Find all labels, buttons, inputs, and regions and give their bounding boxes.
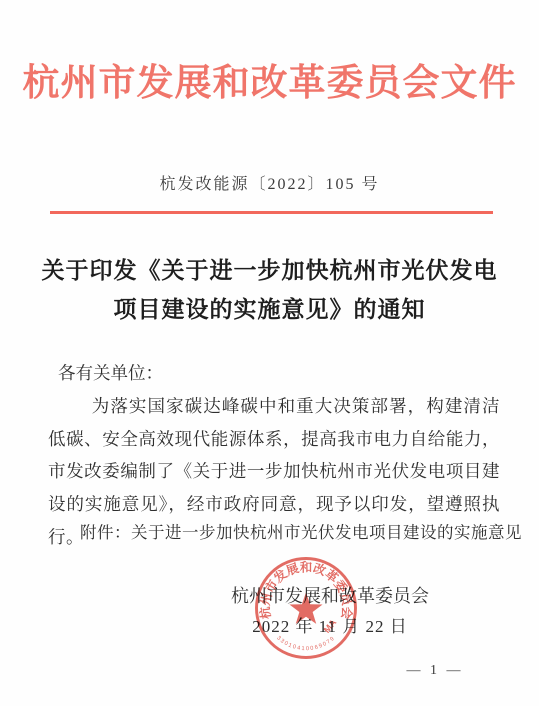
salutation: 各有关单位： [58,357,500,390]
scanned-document-page: 杭州市发展和改革委员会文件 杭发改能源〔2022〕105 号 关于印发《关于进一… [0,0,539,706]
red-header-title: 杭州市发展和改革委员会文件 [0,52,539,106]
document-number: 杭发改能源〔2022〕105 号 [0,171,539,194]
attachment-line: 附件：关于进一步加快杭州市光伏发电项目建设的实施意见 [80,519,522,543]
document-title-line1: 关于印发《关于进一步加快杭州市光伏发电 [15,251,524,290]
seal-star-icon [289,592,322,624]
document-title: 关于印发《关于进一步加快杭州市光伏发电 项目建设的实施意见》的通知 [15,251,524,329]
seal-ma-mark: MA [322,617,339,635]
seal-code: 33010410069079 [275,635,336,652]
svg-text:33010410069079: 33010410069079 [275,635,336,652]
page-number: — 1 — [385,663,485,679]
official-seal: 杭州市发展和改革委员会 33010410069079 MA [251,553,361,663]
red-divider-line [50,211,493,214]
document-title-line2: 项目建设的实施意见》的通知 [15,290,524,329]
